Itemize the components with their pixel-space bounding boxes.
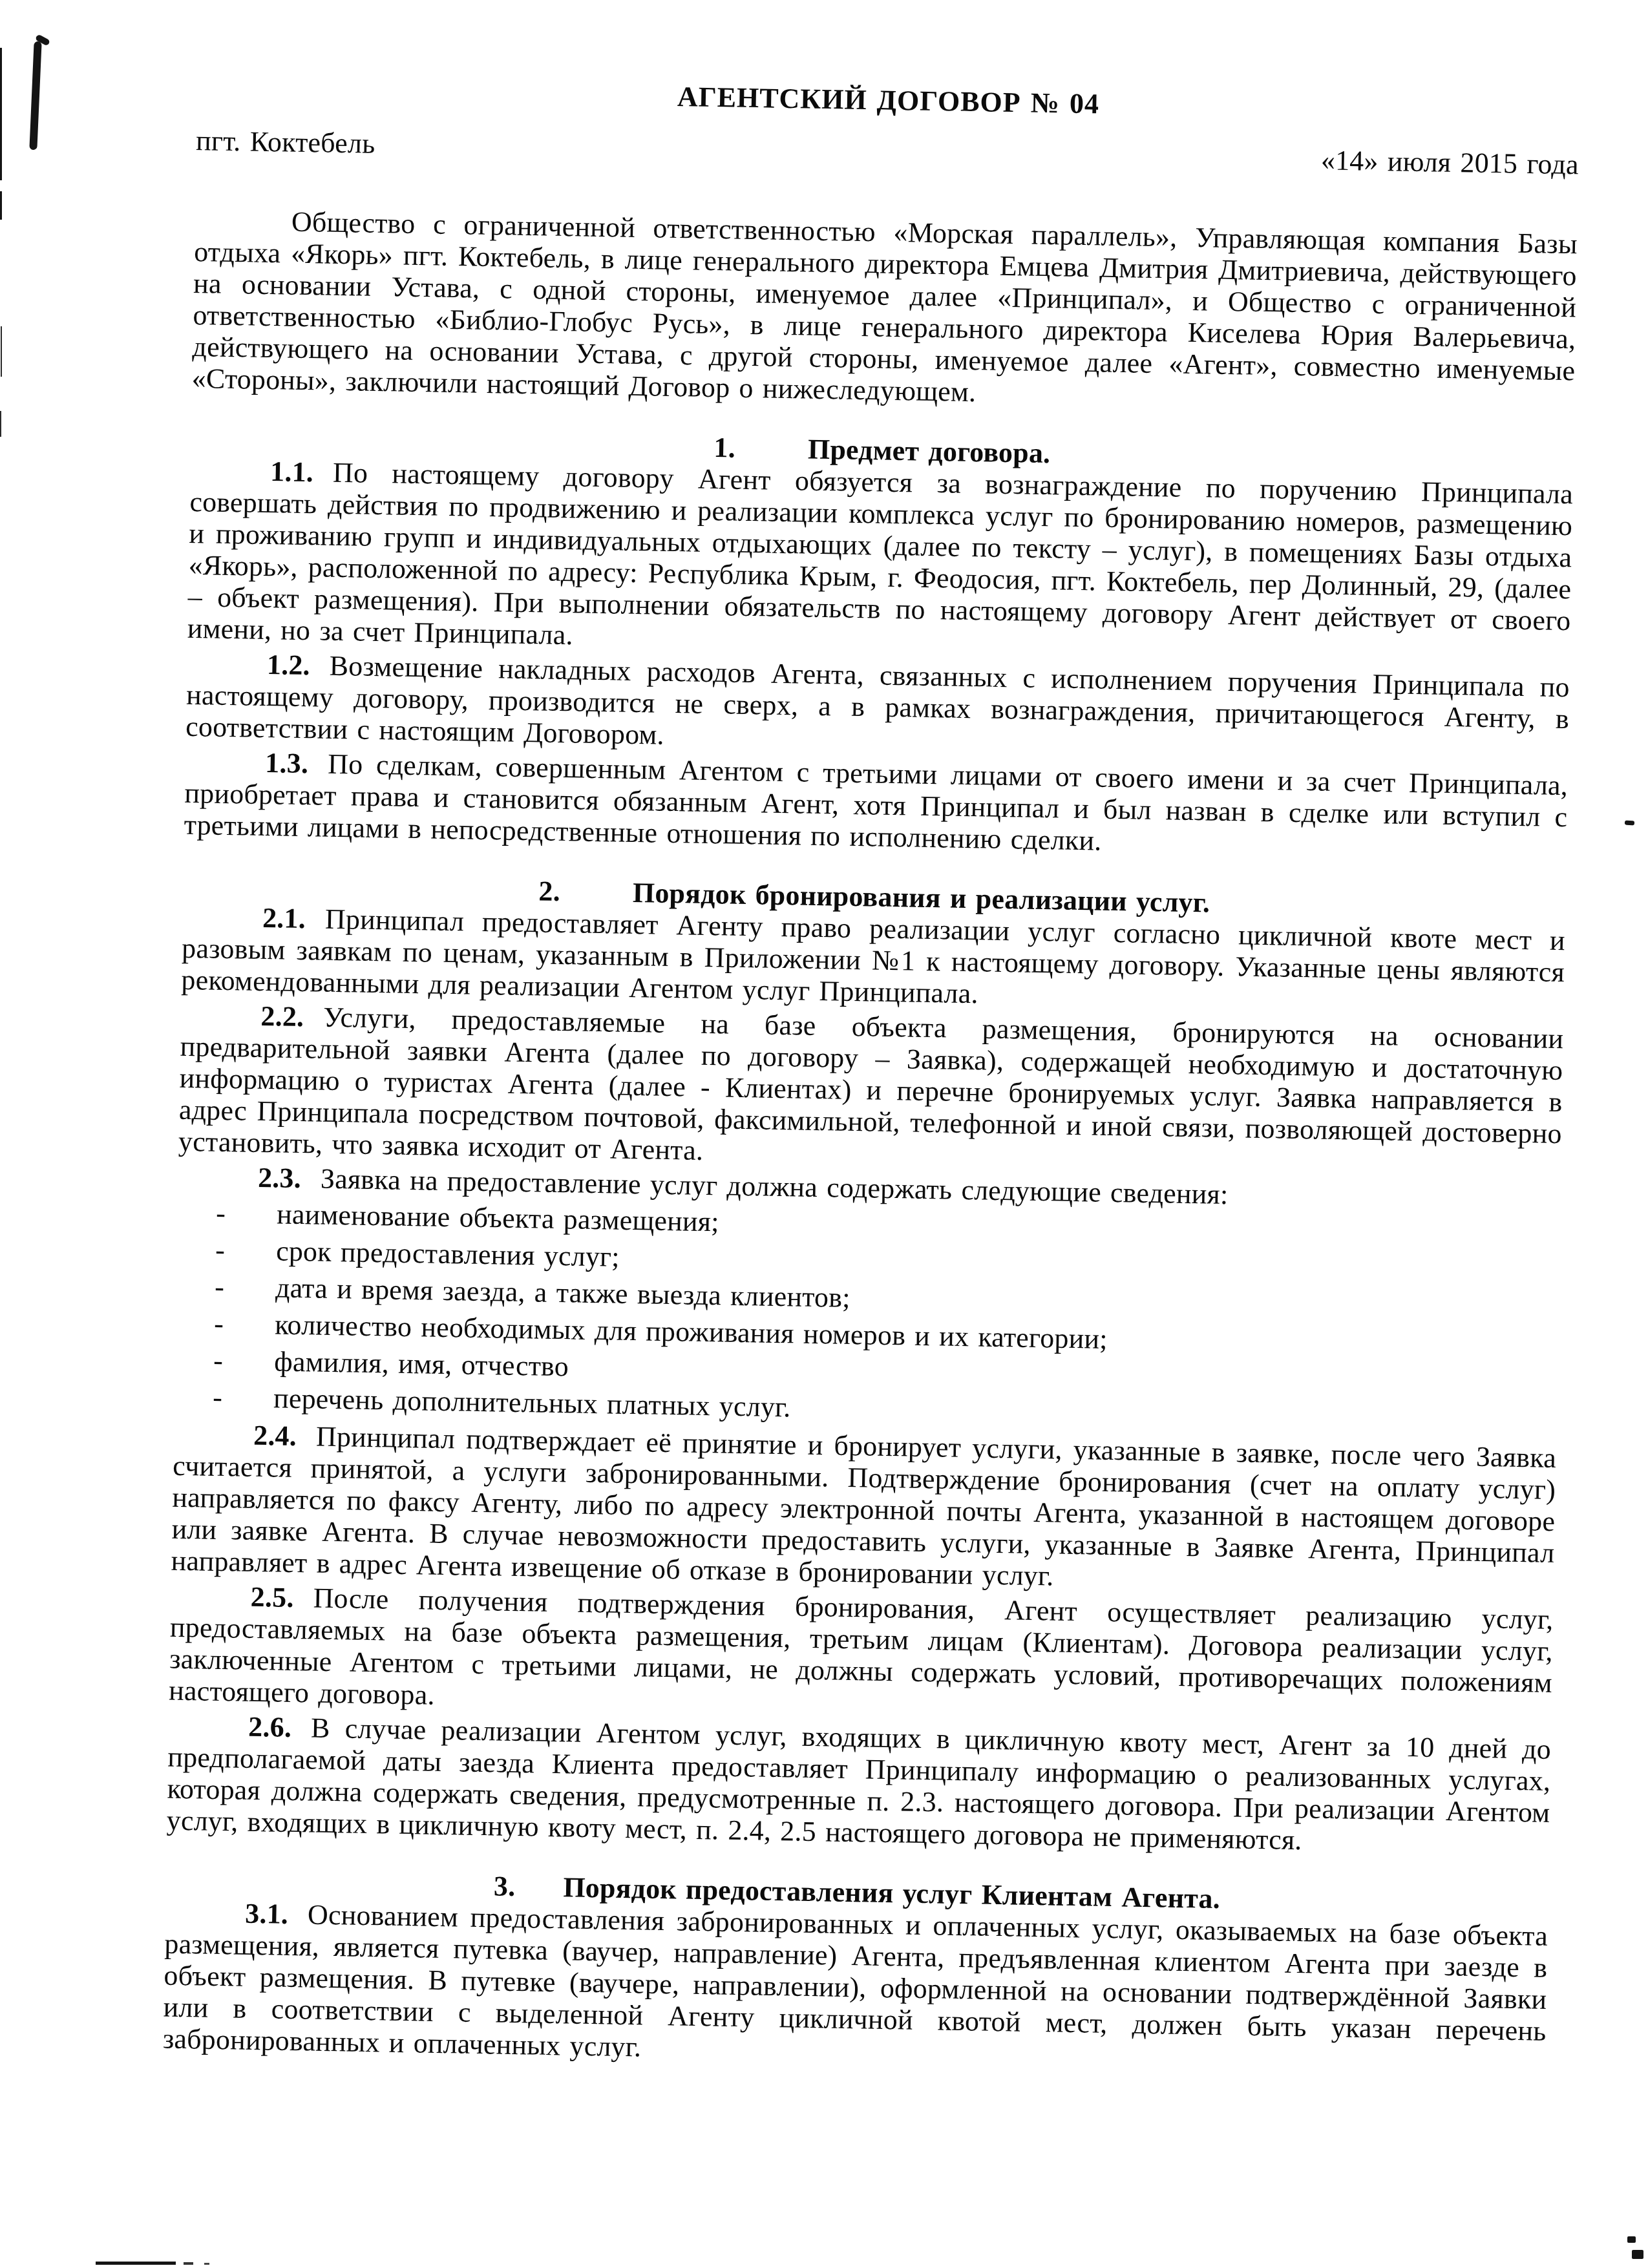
scan-edge-line (1, 326, 2, 377)
place-date-row: пгт. Коктебель «14» июля 2015 года (196, 125, 1579, 180)
clause-2-6: 2.6.В случае реализации Агентом услуг, в… (166, 1710, 1551, 1860)
clause-1-3-number: 1.3. (265, 747, 328, 780)
clause-1-2-text: Возмещение накладных расходов Агента, св… (185, 650, 1570, 751)
booking-request-list: -наименование объекта размещения; -срок … (174, 1194, 1561, 1439)
list-dash-marker: - (216, 1195, 277, 1233)
clause-2-1-number: 2.1. (262, 902, 326, 935)
scan-speck (184, 2262, 193, 2265)
clause-2-5-number: 2.5. (250, 1581, 313, 1614)
clause-2-2: 2.2.Услуги, предоставляемые на базе объе… (178, 999, 1564, 1181)
clause-2-2-text: Услуги, предоставляемые на базе объекта … (178, 1002, 1564, 1166)
clause-3-1-number: 3.1. (245, 1898, 308, 1931)
clause-2-2-number: 2.2. (260, 1000, 324, 1033)
scan-speck (1625, 820, 1634, 825)
clause-2-6-number: 2.6. (248, 1711, 312, 1744)
clause-1-1: 1.1.По настоящему договору Агент обязует… (187, 454, 1574, 668)
clause-1-2-number: 1.2. (267, 649, 330, 682)
section-3-number: 3. (494, 1870, 516, 1902)
clause-2-5: 2.5.После получения подтверждения бронир… (169, 1580, 1554, 1730)
list-dash-marker: - (213, 1379, 274, 1417)
list-dash-marker: - (214, 1305, 275, 1343)
list-dash-marker: - (213, 1342, 275, 1380)
document-place: пгт. Коктебель (196, 125, 375, 160)
pen-ink-stroke (29, 41, 41, 150)
clause-2-4-text: Принципал подтверждает её принятие и бро… (171, 1421, 1556, 1592)
section-1-title: Предмет договора. (808, 434, 1051, 470)
clause-2-4: 2.4.Принципал подтверждает её принятие и… (171, 1418, 1556, 1601)
scan-edge-line (0, 48, 2, 180)
clause-1-3: 1.3.По сделкам, совершенным Агентом с тр… (184, 746, 1568, 865)
scan-speck (1627, 2236, 1636, 2243)
section-1-number: 1. (713, 432, 735, 464)
clause-3-1-text: Основанием предоставления забронированны… (162, 1898, 1548, 2063)
clause-1-1-text: По настоящему договору Агент обязуется з… (187, 457, 1574, 651)
clause-2-6-text: В случае реализации Агентом услуг, входя… (166, 1712, 1551, 1856)
clause-3-1: 3.1.Основанием предоставления заброниров… (162, 1896, 1548, 2079)
scan-edge-line (0, 411, 1, 437)
document-title: АГЕНТСКИЙ ДОГОВОР № 04 (196, 72, 1580, 128)
scan-edge-line (0, 191, 2, 220)
scan-bottom-line (96, 2262, 176, 2265)
section-2-number: 2. (538, 875, 560, 907)
list-dash-marker: - (215, 1232, 277, 1270)
preamble-paragraph: Общество с ограниченной ответственностью… (191, 204, 1578, 418)
clause-2-5-text: После получения подтверждения бронирован… (169, 1582, 1554, 1710)
clause-2-4-number: 2.4. (253, 1420, 317, 1453)
scan-speck (204, 2263, 209, 2265)
scanned-contract-page: { "header": { "title": "АГЕНТСКИЙ ДОГОВО… (0, 0, 1648, 2268)
clause-1-1-number: 1.1. (270, 456, 333, 488)
clause-2-3-number: 2.3. (258, 1162, 321, 1195)
document-date: «14» июля 2015 года (1321, 144, 1579, 180)
scan-speck (1632, 2250, 1643, 2259)
document-content: АГЕНТСКИЙ ДОГОВОР № 04 пгт. Коктебель «1… (162, 72, 1579, 2079)
clause-1-3-text: По сделкам, совершенным Агентом с третьи… (184, 748, 1568, 857)
list-dash-marker: - (215, 1268, 276, 1307)
